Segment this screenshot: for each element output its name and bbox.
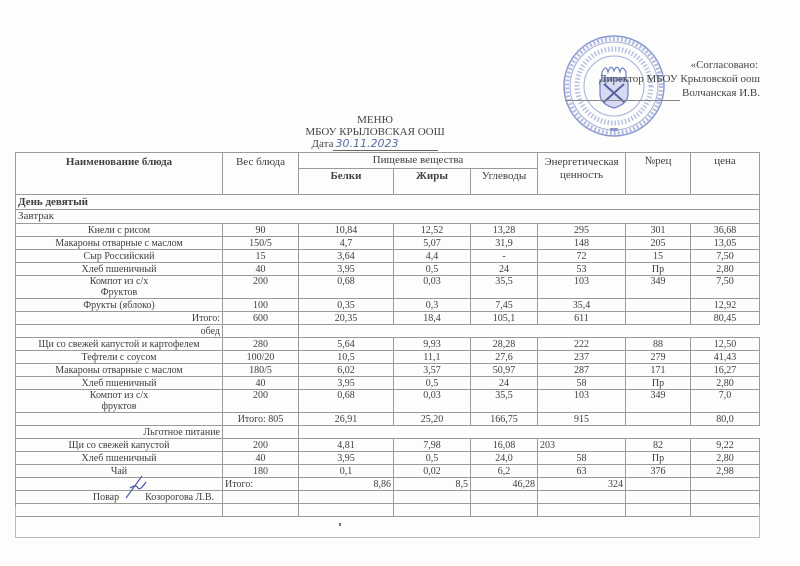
dish-price: 2,80 [691, 377, 760, 390]
dish-fat: 5,07 [394, 237, 471, 250]
dish-fat: 0,03 [394, 390, 471, 413]
cook-signature-icon [124, 474, 154, 500]
dish-carbs: 50,97 [471, 364, 538, 377]
dish-energy: 222 [538, 338, 626, 351]
dish-name: Щи со свежей капустой и картофелем [16, 338, 223, 351]
dish-name: Хлеб пшеничный [16, 377, 223, 390]
dish-fat: 0,3 [394, 299, 471, 312]
empty-cell [223, 325, 299, 338]
document-heading: МЕНЮ МБОУ КРЫЛОВСКАЯ ООШ Дата30.11.2023 [250, 114, 500, 150]
dish-carbs: 24 [471, 263, 538, 276]
dish-price: 36,68 [691, 224, 760, 237]
cook-label: Повар [93, 492, 119, 503]
dish-protein: 5,64 [299, 338, 394, 351]
dish-fat: 0,5 [394, 263, 471, 276]
dish-energy: 58 [538, 452, 626, 465]
lunch-total-row: Итого: 805 26,91 25,20 166,75 915 80,0 [16, 413, 760, 426]
dish-price: 2,98 [691, 465, 760, 478]
dish-energy: 295 [538, 224, 626, 237]
breakfast-total-row: Итого: 600 20,35 18,4 105,1 611 80,45 [16, 312, 760, 325]
scan-speck [339, 523, 341, 526]
dish-protein: 0,35 [299, 299, 394, 312]
dish-weight: 180/5 [223, 364, 299, 377]
dish-weight: 15 [223, 250, 299, 263]
dish-energy: 103 [538, 276, 626, 299]
dish-name-line2: Фруктов [18, 287, 220, 298]
dish-recipe: 205 [626, 237, 691, 250]
table-row: Щи со свежей капустой и картофелем 280 5… [16, 338, 760, 351]
dish-carbs: 35,5 [471, 390, 538, 413]
total-energy: 915 [538, 413, 626, 426]
dish-recipe: 349 [626, 390, 691, 413]
day-row: День девятый [16, 195, 760, 210]
dish-protein: 3,95 [299, 452, 394, 465]
dish-fat: 0,03 [394, 276, 471, 299]
dish-protein: 4,7 [299, 237, 394, 250]
dish-recipe: Пр [626, 263, 691, 276]
dish-weight: 200 [223, 276, 299, 299]
dish-protein: 0,68 [299, 276, 394, 299]
dish-fat: 0,02 [394, 465, 471, 478]
header-row-top: Наименование блюда Вес блюда Пищевые вещ… [16, 153, 760, 169]
dish-name: Хлеб пшеничный [16, 263, 223, 276]
total-price: 80,45 [691, 312, 760, 325]
table-row: Хлеб пшеничный 40 3,95 0,5 24 58 Пр 2,80 [16, 377, 760, 390]
total-protein: 26,91 [299, 413, 394, 426]
dish-energy: 287 [538, 364, 626, 377]
dish-energy: 53 [538, 263, 626, 276]
empty-cell [16, 478, 223, 491]
dish-energy: 35,4 [538, 299, 626, 312]
total-recipe [626, 413, 691, 426]
dish-recipe: 88 [626, 338, 691, 351]
dish-weight: 40 [223, 452, 299, 465]
dish-weight: 150/5 [223, 237, 299, 250]
dish-name: Кнели с рисом [16, 224, 223, 237]
empty-cell [299, 325, 760, 338]
dish-carbs: 31,9 [471, 237, 538, 250]
table-row: Тефтели с соусом 100/20 10,5 11,1 27,6 2… [16, 351, 760, 364]
dish-carbs: - [471, 250, 538, 263]
approval-title: «Согласовано: [560, 58, 758, 72]
empty-cell [538, 491, 626, 504]
bottom-empty-area [15, 507, 760, 538]
table-row: Фрукты (яблоко) 100 0,35 0,3 7,45 35,4 1… [16, 299, 760, 312]
dish-energy: 72 [538, 250, 626, 263]
dish-fat: 3,57 [394, 364, 471, 377]
total-weight: 600 [223, 312, 299, 325]
cook-name: Козорогова Л.В. [145, 492, 214, 503]
dish-weight: 40 [223, 263, 299, 276]
total-carbs: 105,1 [471, 312, 538, 325]
dish-weight: 40 [223, 377, 299, 390]
dish-carbs: 28,28 [471, 338, 538, 351]
menu-table-wrap: Наименование блюда Вес блюда Пищевые вещ… [15, 152, 759, 517]
empty-cell [626, 491, 691, 504]
dish-weight: 200 [223, 390, 299, 413]
total-protein: 20,35 [299, 312, 394, 325]
dish-price: 7,50 [691, 250, 760, 263]
dish-name: Чай [16, 465, 223, 478]
total-carbs: 46,28 [471, 478, 538, 491]
dish-price: 16,27 [691, 364, 760, 377]
dish-price: 2,80 [691, 452, 760, 465]
header-recipe: №рец [626, 153, 691, 195]
dish-energy: 63 [538, 465, 626, 478]
approval-director-name: Волчанская И.В. [560, 86, 760, 100]
dish-protein: 0,1 [299, 465, 394, 478]
table-row: Макароны отварные с маслом 150/5 4,7 5,0… [16, 237, 760, 250]
dish-carbs: 13,28 [471, 224, 538, 237]
dish-name-line2: фруктов [18, 401, 220, 412]
dish-recipe: 82 [626, 439, 691, 452]
dish-name: Фрукты (яблоко) [16, 299, 223, 312]
dish-name: Хлеб пшеничный [16, 452, 223, 465]
header-carbs: Углеводы [471, 169, 538, 195]
dish-recipe: 15 [626, 250, 691, 263]
total-price: 80,0 [691, 413, 760, 426]
dish-name-line1: Компот из с/х [18, 390, 220, 401]
dish-protein: 10,5 [299, 351, 394, 364]
dish-recipe: 301 [626, 224, 691, 237]
dish-price: 12,50 [691, 338, 760, 351]
dish-fat: 11,1 [394, 351, 471, 364]
dish-weight: 280 [223, 338, 299, 351]
dish-carbs: 24 [471, 377, 538, 390]
total-energy: 611 [538, 312, 626, 325]
empty-cell [299, 426, 760, 439]
header-name: Наименование блюда [16, 153, 223, 195]
dish-name: Щи со свежей капустой [16, 439, 223, 452]
dish-name-line1: Компот из с/х [18, 276, 220, 287]
empty-cell [299, 491, 394, 504]
dish-recipe: 171 [626, 364, 691, 377]
dish-carbs: 24,0 [471, 452, 538, 465]
dish-carbs: 16,08 [471, 439, 538, 452]
dish-energy: 203 [538, 439, 626, 452]
lunch-label: обед [16, 325, 223, 338]
dish-fat: 0,5 [394, 452, 471, 465]
dish-name: Макароны отварные с маслом [16, 237, 223, 250]
benefit-label-row: Льготное питание [16, 426, 760, 439]
dish-recipe: Пр [626, 452, 691, 465]
breakfast-label-row: Завтрак [16, 210, 760, 224]
table-row: Щи со свежей капустой 200 4,81 7,98 16,0… [16, 439, 760, 452]
table-row: Сыр Российский 15 3,64 4,4 - 72 15 7,50 [16, 250, 760, 263]
benefit-label: Льготное питание [16, 426, 223, 439]
date-label: Дата [312, 138, 334, 150]
dish-fat: 9,93 [394, 338, 471, 351]
dish-fat: 4,4 [394, 250, 471, 263]
dish-fat: 7,98 [394, 439, 471, 452]
empty-cell [223, 426, 299, 439]
approval-position: Директор МБОУ Крыловской оош [560, 72, 760, 86]
dish-weight: 90 [223, 224, 299, 237]
dish-energy: 103 [538, 390, 626, 413]
total-label: Итого: [16, 312, 223, 325]
dish-protein: 3,95 [299, 263, 394, 276]
total-energy: 324 [538, 478, 626, 491]
day-label: День девятый [16, 195, 760, 210]
dish-price: 7,0 [691, 390, 760, 413]
lunch-label-row: обед [16, 325, 760, 338]
dish-price: 2,80 [691, 263, 760, 276]
dish-fat: 0,5 [394, 377, 471, 390]
breakfast-label: Завтрак [16, 210, 760, 224]
approval-block: «Согласовано: Директор МБОУ Крыловской о… [560, 58, 760, 100]
dish-price: 12,92 [691, 299, 760, 312]
dish-protein: 4,81 [299, 439, 394, 452]
dish-weight: 100 [223, 299, 299, 312]
dish-price: 13,05 [691, 237, 760, 250]
menu-title: МЕНЮ [250, 114, 500, 126]
total-label: Итого: [223, 478, 299, 491]
dish-price: 41,43 [691, 351, 760, 364]
table-row: Компот из с/хфруктов 200 0,68 0,03 35,5 … [16, 390, 760, 413]
empty-cell [394, 491, 471, 504]
header-protein: Белки [299, 169, 394, 195]
dish-protein: 6,02 [299, 364, 394, 377]
dish-name: Макароны отварные с маслом [16, 364, 223, 377]
total-fat: 18,4 [394, 312, 471, 325]
header-weight: Вес блюда [223, 153, 299, 195]
dish-recipe: 376 [626, 465, 691, 478]
dish-price: 9,22 [691, 439, 760, 452]
table-row: Макароны отварные с маслом 180/5 6,02 3,… [16, 364, 760, 377]
dish-carbs: 7,45 [471, 299, 538, 312]
empty-cell [626, 478, 691, 491]
dish-recipe: Пр [626, 377, 691, 390]
dish-recipe: 279 [626, 351, 691, 364]
header-energy: Энергетическая ценность [538, 153, 626, 195]
cook-cell: ПоварКозорогова Л.В. [16, 491, 223, 504]
dish-energy: 58 [538, 377, 626, 390]
dish-carbs: 35,5 [471, 276, 538, 299]
dish-energy: 237 [538, 351, 626, 364]
dish-name: Компот из с/хФруктов [16, 276, 223, 299]
dish-protein: 10,84 [299, 224, 394, 237]
approval-signature-line [565, 100, 680, 101]
date-line: Дата30.11.2023 [250, 138, 500, 150]
dish-weight: 100/20 [223, 351, 299, 364]
dish-protein: 0,68 [299, 390, 394, 413]
dish-name: Компот из с/хфруктов [16, 390, 223, 413]
total-recipe [626, 312, 691, 325]
empty-cell [691, 478, 760, 491]
total-fat: 8,5 [394, 478, 471, 491]
dish-name: Сыр Российский [16, 250, 223, 263]
header-nutrients: Пищевые вещества [299, 153, 538, 169]
empty-cell [16, 413, 223, 426]
dish-weight: 200 [223, 439, 299, 452]
dish-protein: 3,95 [299, 377, 394, 390]
table-row: Компот из с/хФруктов 200 0,68 0,03 35,5 … [16, 276, 760, 299]
total-fat: 25,20 [394, 413, 471, 426]
dish-carbs: 27,6 [471, 351, 538, 364]
dish-weight: 180 [223, 465, 299, 478]
header-price: цена [691, 153, 760, 195]
table-row: Хлеб пшеничный 40 3,95 0,5 24 53 Пр 2,80 [16, 263, 760, 276]
total-carbs: 166,75 [471, 413, 538, 426]
dish-recipe: 349 [626, 276, 691, 299]
empty-cell [471, 491, 538, 504]
menu-table: Наименование блюда Вес блюда Пищевые вещ… [15, 152, 760, 517]
empty-cell [223, 491, 299, 504]
dish-fat: 12,52 [394, 224, 471, 237]
dish-protein: 3,64 [299, 250, 394, 263]
dish-carbs: 6,2 [471, 465, 538, 478]
dish-energy: 148 [538, 237, 626, 250]
total-protein: 8,86 [299, 478, 394, 491]
table-row: Кнели с рисом 90 10,84 12,52 13,28 295 3… [16, 224, 760, 237]
total-label: Итого: 805 [223, 413, 299, 426]
dish-recipe [626, 299, 691, 312]
dish-price: 7,50 [691, 276, 760, 299]
date-value: 30.11.2023 [333, 137, 438, 151]
dish-name: Тефтели с соусом [16, 351, 223, 364]
empty-cell [691, 491, 760, 504]
header-fat: Жиры [394, 169, 471, 195]
table-row: Хлеб пшеничный 40 3,95 0,5 24,0 58 Пр 2,… [16, 452, 760, 465]
